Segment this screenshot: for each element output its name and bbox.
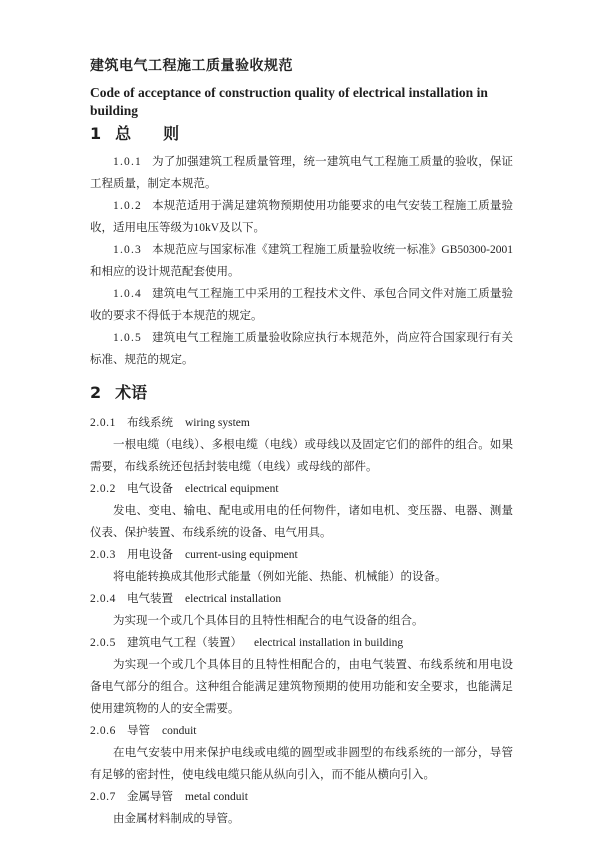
term-definition: 在电气安装中用来保护电线或电缆的圆型或非圆型的布线系统的一部分，导管有足够的密封… <box>90 742 513 786</box>
section-1-number: 1 <box>90 124 101 143</box>
term-heading: 2.0.5建筑电气工程（装置）electrical installation i… <box>90 632 513 654</box>
term-heading: 2.0.1布线系统wiring system <box>90 412 513 434</box>
clause-number: 1.0.3 <box>113 244 142 256</box>
term-name-english: electrical installation <box>185 593 281 605</box>
term-number: 2.0.6 <box>90 725 116 737</box>
term-heading: 2.0.6导管conduit <box>90 720 513 742</box>
term-definition: 一根电缆（电线）、多根电缆（电线）或母线以及固定它们的部件的组合。如果需要，布线… <box>90 434 513 478</box>
term-heading: 2.0.2电气设备electrical equipment <box>90 478 513 500</box>
term-entry-2-0-2: 2.0.2电气设备electrical equipment 发电、变电、输电、配… <box>90 478 513 544</box>
term-name-english: conduit <box>162 725 197 737</box>
term-name-chinese: 电气设备 <box>127 483 173 495</box>
document-content: 建筑电气工程施工质量验收规范 Code of acceptance of con… <box>90 57 513 830</box>
term-definition: 为实现一个或几个具体目的且特性相配合的电气设备的组合。 <box>90 610 513 632</box>
term-name-english: metal conduit <box>185 791 248 803</box>
clause-text: 本规范适用于满足建筑物预期使用功能要求的电气安装工程施工质量验收，适用电压等级为… <box>90 200 513 234</box>
term-name-english: wiring system <box>185 417 250 429</box>
term-number: 2.0.2 <box>90 483 116 495</box>
section-2-number: 2 <box>90 383 101 402</box>
clause-1-0-2: 1.0.2本规范适用于满足建筑物预期使用功能要求的电气安装工程施工质量验收，适用… <box>90 195 513 239</box>
section-1-heading: 1总 则 <box>90 123 513 144</box>
doc-title-english: Code of acceptance of construction quali… <box>90 84 513 120</box>
term-name-english: electrical equipment <box>185 483 279 495</box>
term-entry-2-0-4: 2.0.4电气装置electrical installation 为实现一个或几… <box>90 588 513 632</box>
term-entry-2-0-3: 2.0.3用电设备current-using equipment 将电能转换成其… <box>90 544 513 588</box>
term-number: 2.0.1 <box>90 417 116 429</box>
term-name-chinese: 金属导管 <box>127 791 173 803</box>
clause-1-0-5: 1.0.5建筑电气工程施工质量验收除应执行本规范外，尚应符合国家现行有关标准、规… <box>90 327 513 371</box>
term-name-english: electrical installation in building <box>254 637 403 649</box>
term-entry-2-0-7: 2.0.7金属导管metal conduit 由金属材料制成的导管。 <box>90 786 513 830</box>
term-number: 2.0.5 <box>90 637 116 649</box>
clause-number: 1.0.1 <box>113 156 142 168</box>
clause-text: 建筑电气工程施工质量验收除应执行本规范外，尚应符合国家现行有关标准、规范的规定。 <box>90 332 513 366</box>
clause-number: 1.0.5 <box>113 332 142 344</box>
term-name-chinese: 导管 <box>127 725 150 737</box>
clause-number: 1.0.2 <box>113 200 142 212</box>
term-name-chinese: 布线系统 <box>127 417 173 429</box>
section-2-title: 术语 <box>115 383 147 402</box>
clause-text: 为了加强建筑工程质量管理，统一建筑电气工程施工质量的验收，保证工程质量，制定本规… <box>90 156 513 190</box>
term-name-english: current-using equipment <box>185 549 298 561</box>
term-definition: 将电能转换成其他形式能量（例如光能、热能、机械能）的设备。 <box>90 566 513 588</box>
term-heading: 2.0.3用电设备current-using equipment <box>90 544 513 566</box>
doc-title-chinese: 建筑电气工程施工质量验收规范 <box>90 57 513 76</box>
term-name-chinese: 用电设备 <box>127 549 173 561</box>
term-name-chinese: 建筑电气工程（装置） <box>127 637 242 649</box>
term-number: 2.0.4 <box>90 593 116 605</box>
clause-1-0-1: 1.0.1为了加强建筑工程质量管理，统一建筑电气工程施工质量的验收，保证工程质量… <box>90 151 513 195</box>
term-entry-2-0-5: 2.0.5建筑电气工程（装置）electrical installation i… <box>90 632 513 720</box>
term-definition: 由金属材料制成的导管。 <box>90 808 513 830</box>
term-number: 2.0.3 <box>90 549 116 561</box>
term-entry-2-0-6: 2.0.6导管conduit 在电气安装中用来保护电线或电缆的圆型或非圆型的布线… <box>90 720 513 786</box>
clause-text: 本规范应与国家标准《建筑工程施工质量验收统一标准》GB50300-2001和相应… <box>90 244 513 278</box>
clause-1-0-4: 1.0.4建筑电气工程施工中采用的工程技术文件、承包合同文件对施工质量验收的要求… <box>90 283 513 327</box>
term-definition: 为实现一个或几个具体目的且特性相配合的，由电气装置、布线系统和用电设备电气部分的… <box>90 654 513 720</box>
section-2-heading: 2术语 <box>90 382 513 403</box>
term-heading: 2.0.7金属导管metal conduit <box>90 786 513 808</box>
clause-1-0-3: 1.0.3本规范应与国家标准《建筑工程施工质量验收统一标准》GB50300-20… <box>90 239 513 283</box>
term-heading: 2.0.4电气装置electrical installation <box>90 588 513 610</box>
term-entry-2-0-1: 2.0.1布线系统wiring system 一根电缆（电线）、多根电缆（电线）… <box>90 412 513 478</box>
clause-number: 1.0.4 <box>113 288 142 300</box>
section-1-title: 总 则 <box>115 124 179 143</box>
term-number: 2.0.7 <box>90 791 116 803</box>
document-page: 建筑电气工程施工质量验收规范 Code of acceptance of con… <box>0 0 600 850</box>
term-name-chinese: 电气装置 <box>127 593 173 605</box>
clause-text: 建筑电气工程施工中采用的工程技术文件、承包合同文件对施工质量验收的要求不得低于本… <box>90 288 513 322</box>
term-definition: 发电、变电、输电、配电或用电的任何物件，诸如电机、变压器、电器、测量仪表、保护装… <box>90 500 513 544</box>
